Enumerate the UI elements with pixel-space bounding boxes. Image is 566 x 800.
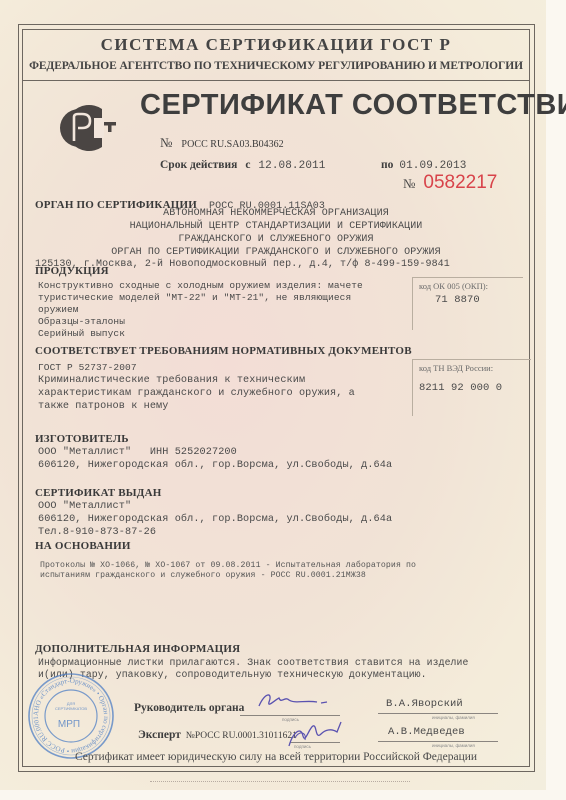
header-divider xyxy=(22,80,529,81)
okp-code-label: код ОК 005 (ОКП): xyxy=(419,281,488,291)
certification-body-line-3: ГРАЖДАНСКОГО И СЛУЖЕБНОГО ОРУЖИЯ xyxy=(0,234,552,245)
expert-name-caption: инициалы, фамилия xyxy=(432,743,475,748)
rst-logo-icon xyxy=(52,103,122,153)
serial-number-row: № 0582217 xyxy=(403,172,497,194)
valid-to-date: 01.09.2013 xyxy=(399,160,466,172)
tnved-code-label: код ТН ВЭД России: xyxy=(419,363,493,373)
product-line-4: Образцы-эталоны xyxy=(38,316,125,327)
product-line-1: Конструктивно сходные с холодным оружием… xyxy=(38,280,363,291)
issued-to-line-3: Тел.8-910-873-87-26 xyxy=(38,527,156,538)
svg-text:МРП: МРП xyxy=(58,719,80,730)
issued-to-line-2: 606120, Нижегородская обл., гор.Ворсма, … xyxy=(38,514,392,525)
product-line-3: оружием xyxy=(38,304,79,315)
okp-code-box: код ОК 005 (ОКП): 71 8870 xyxy=(412,277,523,330)
product-heading: ПРОДУКЦИЯ xyxy=(35,265,109,277)
expert-signature-caption: подпись xyxy=(294,744,311,749)
basis-line-1: Протоколы № ХО-1066, № ХО-1067 от 09.08.… xyxy=(40,561,416,570)
issued-to-line-1: ООО "Металлист" xyxy=(38,501,131,512)
head-signature-line xyxy=(240,715,340,716)
certification-body-line-4: ОРГАН ПО СЕРТИФИКАЦИИ ГРАЖДАНСКОГО И СЛУ… xyxy=(0,247,552,258)
standards-line-4: также патронов к нему xyxy=(38,401,168,412)
additional-info-line-1: Информационные листки прилагаются. Знак … xyxy=(38,657,469,668)
valid-from-date: 12.08.2011 xyxy=(258,160,325,172)
serial-number: 0582217 xyxy=(423,172,497,193)
basis-line-2: испытаниям гражданского и служебного ору… xyxy=(40,571,366,580)
certificate-number-row: № РОСС RU.SA03.B04362 xyxy=(160,135,284,151)
tnved-code-box: код ТН ВЭД России: 8211 92 000 0 xyxy=(412,359,531,416)
validity-to-row: по 01.09.2013 xyxy=(381,155,466,173)
document-title: СЕРТИФИКАТ СООТВЕТСТВИЯ xyxy=(140,89,566,122)
product-line-5: Серийный выпуск xyxy=(38,328,125,339)
expert-label: Эксперт xyxy=(138,729,181,741)
standards-heading: СООТВЕТСТВУЕТ ТРЕБОВАНИЯМ НОРМАТИВНЫХ ДО… xyxy=(35,345,412,357)
standards-line-3: характеристикам гражданского и служебног… xyxy=(38,388,355,399)
standards-line-1: ГОСТ Р 52737-2007 xyxy=(38,362,137,373)
certification-body-line-2: НАЦИОНАЛЬНЫЙ ЦЕНТР СТАНДАРТИЗАЦИИ И СЕРТ… xyxy=(0,221,552,232)
validity-row: Срок действия с 12.08.2011 xyxy=(160,155,325,173)
serial-number-sign: № xyxy=(403,176,415,191)
expert-name: А.В.Медведев xyxy=(388,726,465,738)
manufacturer-heading: ИЗГОТОВИТЕЛЬ xyxy=(35,433,129,445)
product-line-2: туристические моделей "МТ-22" и "МТ-21",… xyxy=(38,292,351,303)
expert-name-line xyxy=(378,741,498,742)
agency-name: ФЕДЕРАЛЬНОЕ АГЕНТСТВО ПО ТЕХНИЧЕСКОМУ РЕ… xyxy=(0,60,552,72)
head-name-caption: инициалы, фамилия xyxy=(432,715,475,720)
expert-row: Эксперт №РОСС RU.0001.31011621 xyxy=(138,729,297,741)
validity-to-label: по xyxy=(381,159,393,171)
system-title: СИСТЕМА СЕРТИФИКАЦИИ ГОСТ Р xyxy=(0,35,552,55)
head-name: В.А.Яворский xyxy=(386,698,463,710)
print-info-line xyxy=(150,781,410,784)
tnved-code-value: 8211 92 000 0 xyxy=(419,382,502,394)
certification-body-line-1: АВТОНОМНАЯ НЕКОММЕРЧЕСКАЯ ОРГАНИЗАЦИЯ xyxy=(0,208,552,219)
page-margin-bottom xyxy=(0,790,566,800)
okp-code-value: 71 8870 xyxy=(435,294,480,306)
expert-code: №РОСС RU.0001.31011621 xyxy=(186,731,297,741)
head-signature-icon xyxy=(255,688,335,714)
manufacturer-line-2: 606120, Нижегородская обл., гор.Ворсма, … xyxy=(38,460,392,471)
official-stamp-icon: АНО «Стандарт-Оружие» • Орган по сертифи… xyxy=(26,671,116,761)
validity-from-label: с xyxy=(245,159,250,171)
head-of-body-label: Руководитель органа xyxy=(134,702,244,714)
issued-to-heading: СЕРТИФИКАТ ВЫДАН xyxy=(35,487,161,499)
head-name-line xyxy=(378,713,498,714)
certificate-number: РОСС RU.SA03.B04362 xyxy=(181,139,283,150)
number-sign: № xyxy=(160,135,172,150)
validity-label: Срок действия xyxy=(160,159,237,171)
legal-force-note: Сертификат имеет юридическую силу на все… xyxy=(0,751,552,763)
additional-info-heading: ДОПОЛНИТЕЛЬНАЯ ИНФОРМАЦИЯ xyxy=(35,643,240,655)
svg-text:СЕРТИФИКАТОВ: СЕРТИФИКАТОВ xyxy=(55,706,87,711)
standards-line-2: Криминалистические требования к техничес… xyxy=(38,375,305,386)
basis-heading: НА ОСНОВАНИИ xyxy=(35,540,131,552)
manufacturer-line-1: ООО "Металлист" ИНН 5252027200 xyxy=(38,447,237,458)
